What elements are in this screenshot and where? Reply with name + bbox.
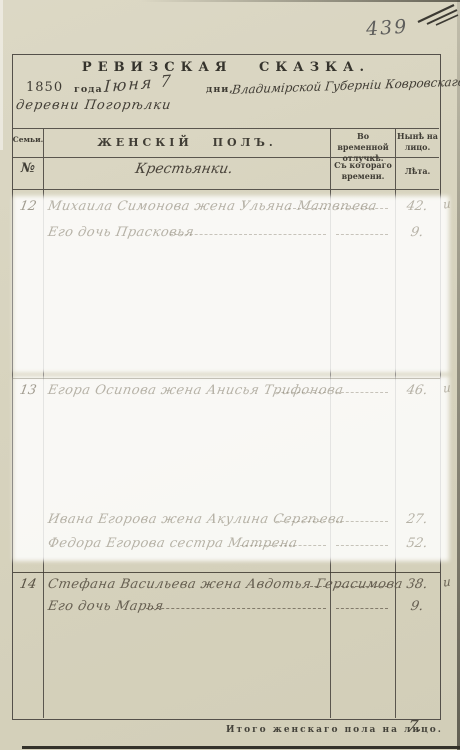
grid-line <box>13 189 439 190</box>
register-row: Ивана Егорова жена Акулина Сергѣева 27. <box>0 512 460 536</box>
day-label: дни, <box>206 84 234 95</box>
margin-mark: и <box>443 196 451 212</box>
leader-dashes <box>336 586 388 587</box>
header-peasant-women: Крестьянки. <box>42 160 325 179</box>
header-absence-sub: Съ котораго времени. <box>332 160 394 182</box>
scan-edge-left <box>0 0 3 150</box>
year-label: года <box>74 84 103 95</box>
leader-dashes <box>336 545 388 546</box>
margin-mark: и <box>443 574 451 590</box>
register-row: 14 Стефана Васильева жена Авдотья Гераси… <box>0 577 460 601</box>
entry-name: Его дочь Прасковья <box>47 225 196 240</box>
family-separator-line <box>13 378 440 379</box>
year-printed: 1850 <box>26 80 63 95</box>
header-absence: Во временной отлучкѣ. <box>332 131 394 163</box>
entry-name: Ивана Егорова жена Акулина Сергѣева <box>47 512 346 527</box>
header-present-sub: Лѣта. <box>396 166 439 177</box>
header-female-sex: ЖЕНСКІЙ ПОЛЪ. <box>44 136 330 151</box>
leader-dashes <box>336 234 388 235</box>
leader-dashes <box>276 521 326 522</box>
leader-dashes <box>336 608 388 609</box>
leader-dashes <box>288 208 326 209</box>
entry-name: Стефана Васильева жена Авдотья Герасимов… <box>47 577 404 592</box>
leader-dashes <box>336 208 388 209</box>
age-value: 38. <box>394 577 441 592</box>
age-value: 9. <box>394 225 441 240</box>
header-family: Семьи. <box>12 135 44 145</box>
family-number: 12 <box>13 199 44 214</box>
header-family-sub: № <box>12 160 44 178</box>
revision-list-scan: 439 РЕВИЗСКАЯ СКАЗКА. 1850 года Іюня 7 д… <box>0 0 460 750</box>
leader-dashes <box>336 392 388 393</box>
age-value: 52. <box>394 536 441 551</box>
leader-dashes <box>310 586 326 587</box>
page-number: 439 <box>365 14 436 41</box>
handwritten-village: деревни Погорѣлки <box>15 98 172 113</box>
leader-dashes <box>240 545 326 546</box>
scan-edge-bottom <box>22 746 460 749</box>
entry-name: Федора Егорова сестра Матрена <box>47 536 299 551</box>
age-value: 46. <box>394 383 441 398</box>
register-row: Его дочь Марья 9. <box>0 599 460 623</box>
grid-line <box>13 128 439 129</box>
entry-name: Егора Осипова жена Анисья Трифонова <box>47 383 345 398</box>
register-row: 13 Егора Осипова жена Анисья Трифонова 4… <box>0 383 460 407</box>
margin-mark: и <box>443 380 451 396</box>
age-value: 42. <box>394 199 441 214</box>
leader-dashes <box>276 392 326 393</box>
register-row: Федора Егорова сестра Матрена 52. <box>0 536 460 560</box>
family-number: 13 <box>13 383 44 398</box>
entry-name: Его дочь Марья <box>47 599 165 614</box>
leader-dashes <box>336 521 388 522</box>
family-number: 14 <box>13 577 44 592</box>
age-value: 9. <box>394 599 441 614</box>
header-present: Нынѣ на лицо. <box>396 131 439 153</box>
leader-dashes <box>146 608 326 609</box>
entry-name: Михаила Симонова жена Ульяна Матвѣева <box>47 199 378 214</box>
document-title: РЕВИЗСКАЯ СКАЗКА. <box>12 60 440 75</box>
family-separator-line <box>13 572 440 573</box>
register-row: Его дочь Прасковья 9. <box>0 225 460 249</box>
age-value: 27. <box>394 512 441 527</box>
register-row: 12 Михаила Симонова жена Ульяна Матвѣева… <box>0 199 460 223</box>
leader-dashes <box>170 234 326 235</box>
